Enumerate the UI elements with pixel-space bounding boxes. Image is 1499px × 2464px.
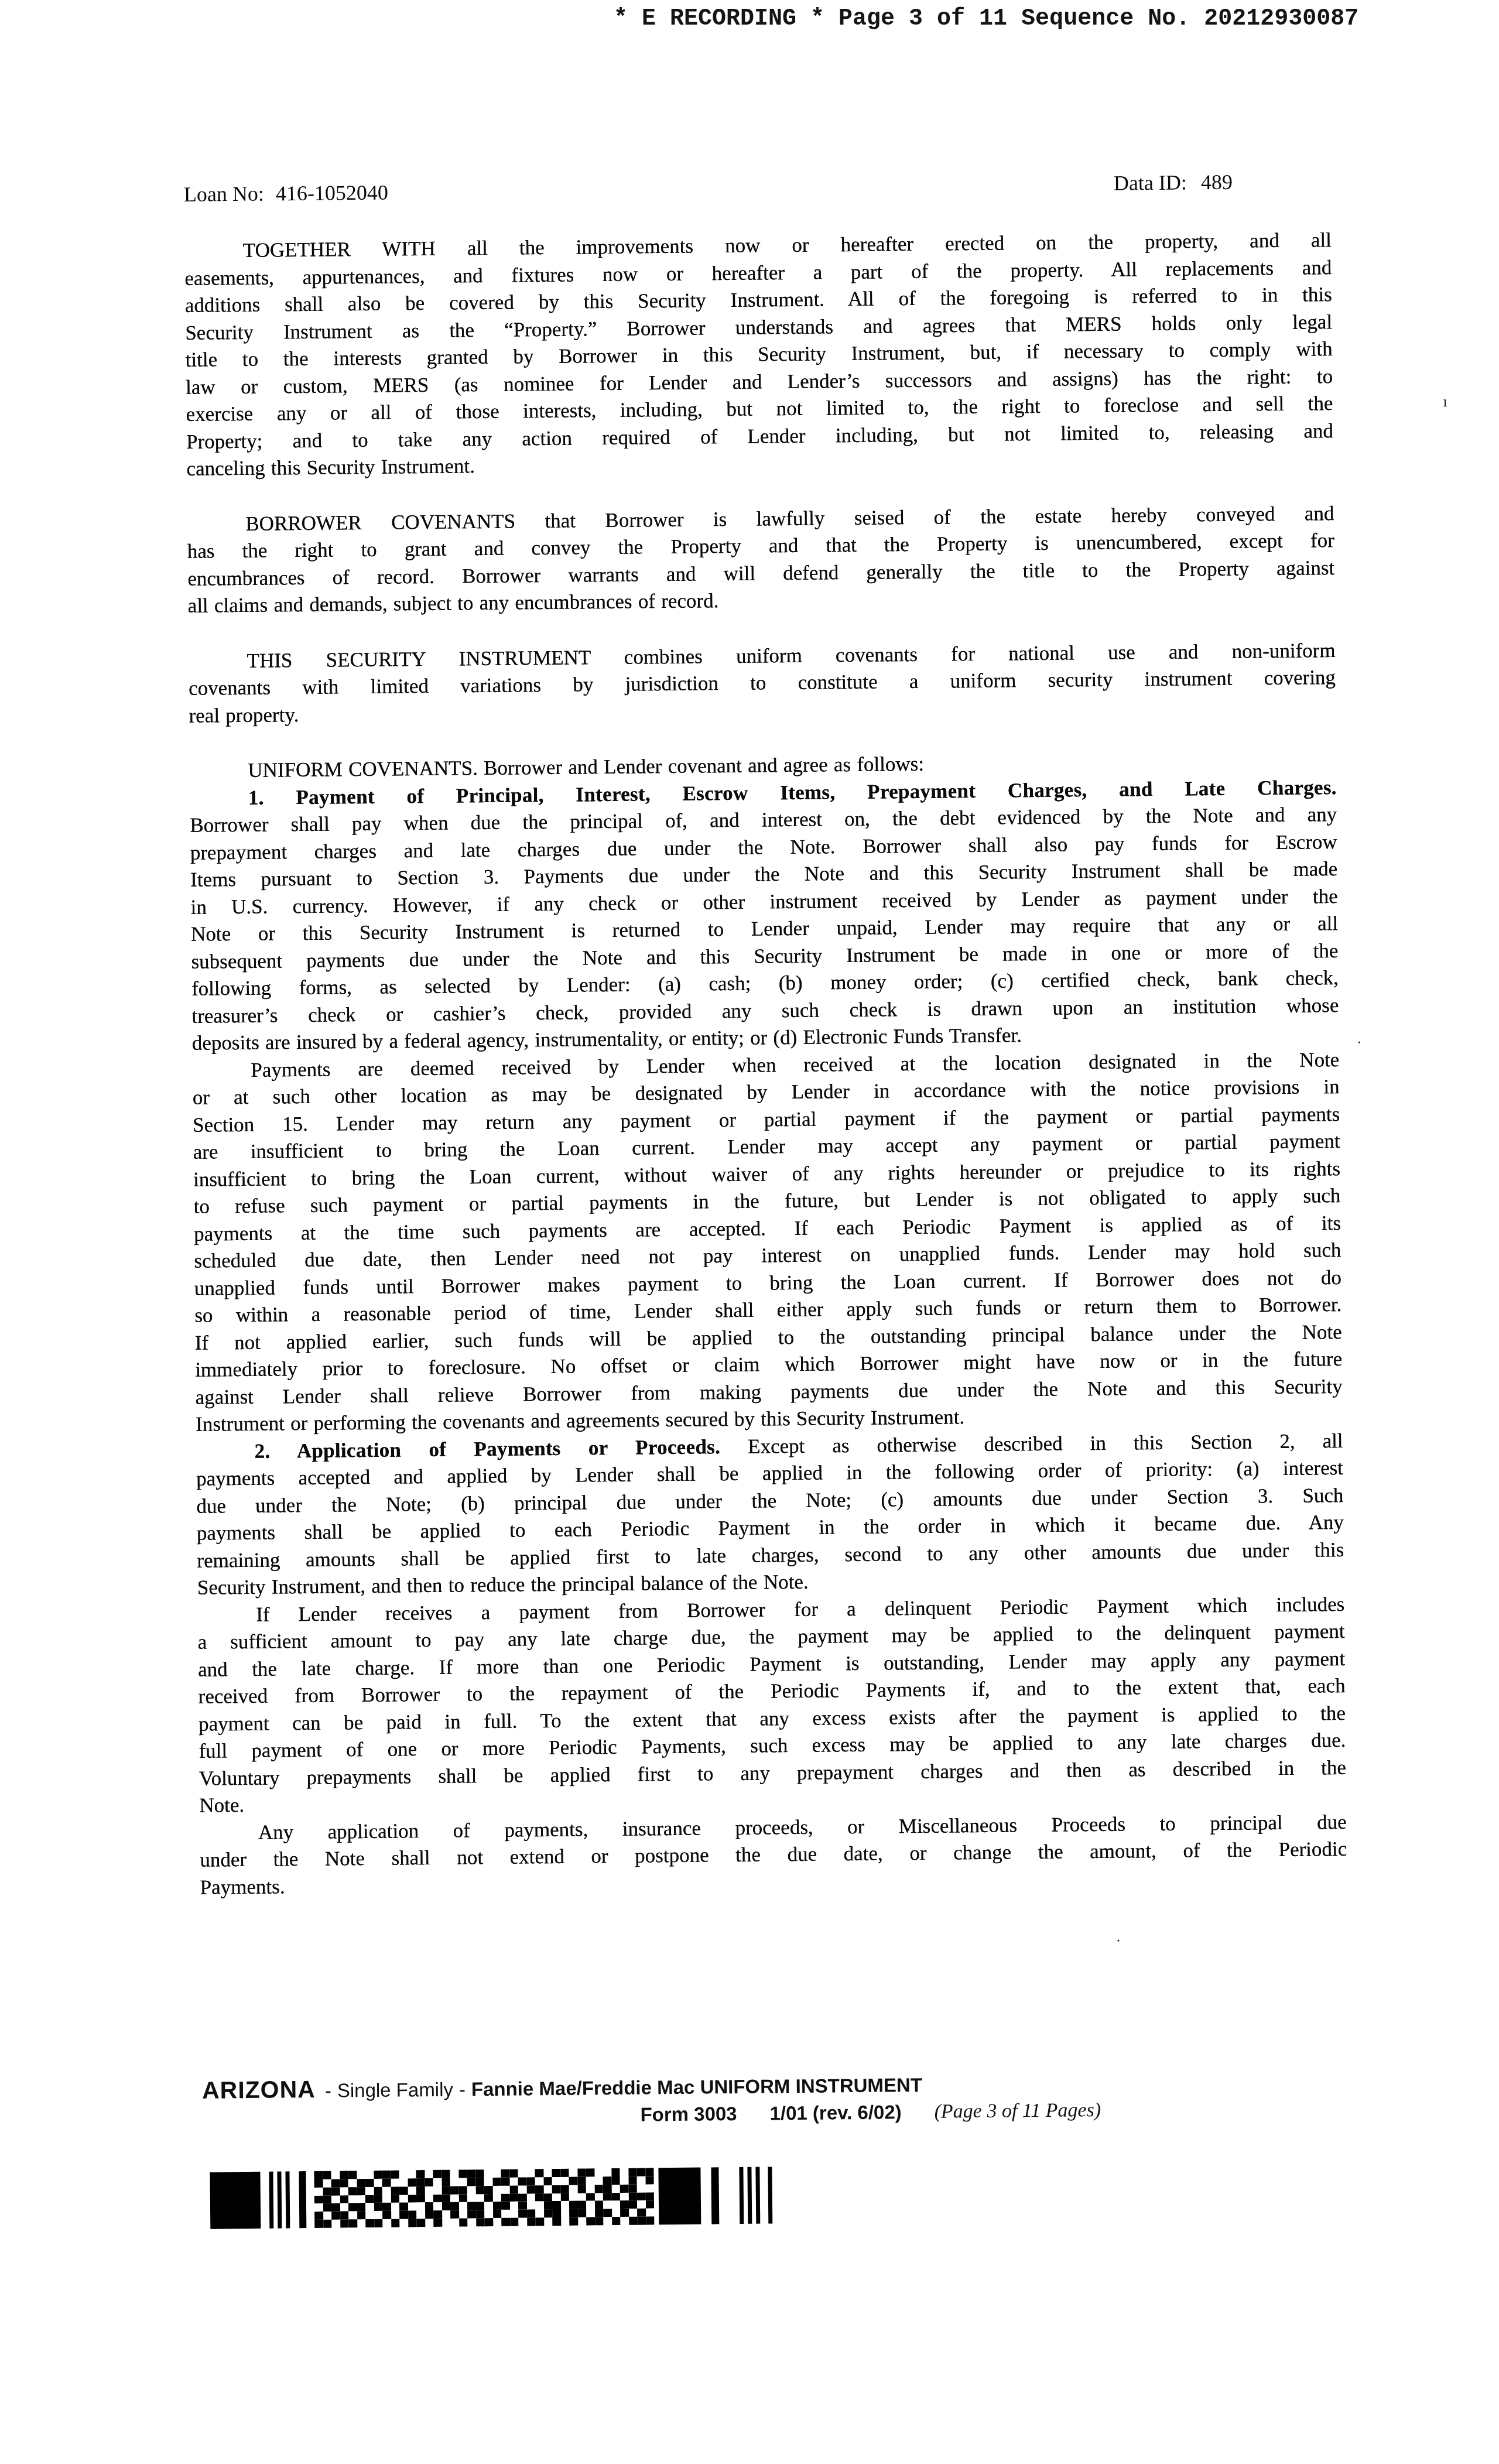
- data-id-value: 489: [1201, 170, 1233, 194]
- scan-artifact: ·: [1116, 1938, 1121, 1944]
- barcode: [210, 2167, 790, 2229]
- footer-state: ARIZONA: [202, 2076, 316, 2104]
- scan-artifact: ·: [1357, 1040, 1362, 1046]
- footer: ARIZONA-Single Family-Fannie Mae/Freddie…: [202, 2066, 1350, 2131]
- data-id: Data ID:489: [1114, 170, 1233, 196]
- footer-page-note: (Page 3 of 11 Pages): [934, 2099, 1101, 2124]
- barcode-guard-bar: [755, 2167, 760, 2224]
- paragraph: If Lender receives a payment from Borrow…: [197, 1590, 1346, 1819]
- footer-separator-1: -: [325, 2080, 331, 2102]
- barcode-guard-bar: [269, 2172, 273, 2229]
- footer-form-number: Form 3003: [640, 2102, 737, 2127]
- barcode-guard-bar: [711, 2167, 719, 2224]
- meta-row: Loan No:416-1052040 Data ID:489: [184, 171, 1331, 207]
- barcode-guard-bar: [299, 2171, 306, 2228]
- footer-revision: 1/01 (rev. 6/02): [769, 2100, 901, 2125]
- footer-separator-2: -: [459, 2078, 466, 2100]
- barcode-guard-bar: [747, 2167, 752, 2224]
- paragraph: Payments are deemed received by Lender w…: [192, 1046, 1343, 1439]
- barcode-guard-bar: [739, 2167, 744, 2224]
- data-id-label: Data ID:: [1114, 170, 1187, 194]
- paragraph: 1. Payment of Principal, Interest, Escro…: [190, 774, 1339, 1058]
- barcode-guard-bar: [210, 2172, 261, 2229]
- loan-no-value: 416-1052040: [276, 181, 388, 206]
- barcode-matrix: [314, 2168, 654, 2228]
- footer-instrument: Fannie Mae/Freddie Mac UNIFORM INSTRUMEN…: [471, 2074, 922, 2100]
- footer-family: Single Family: [337, 2079, 453, 2102]
- barcode-guard-bar: [658, 2168, 701, 2225]
- paragraph: 2. Application of Payments or Proceeds. …: [196, 1428, 1344, 1602]
- paragraph: THIS SECURITY INSTRUMENT combines unifor…: [188, 637, 1336, 730]
- paragraph: TOGETHER WITH all the improvements now o…: [184, 227, 1334, 482]
- barcode-guard-bar: [768, 2167, 772, 2223]
- document-body: TOGETHER WITH all the improvements now o…: [184, 227, 1347, 1901]
- paragraph: BORROWER COVENANTS that Borrower is lawf…: [187, 500, 1335, 620]
- scan-artifact: ı: [1443, 399, 1447, 405]
- loan-no-label: Loan No:: [184, 182, 264, 206]
- paragraph: Any application of payments, insurance p…: [200, 1808, 1347, 1901]
- barcode-guard-bar: [285, 2171, 290, 2228]
- barcode-guard-bar: [277, 2171, 282, 2228]
- scanned-page: Loan No:416-1052040 Data ID:489 TOGETHER…: [0, 0, 1499, 2464]
